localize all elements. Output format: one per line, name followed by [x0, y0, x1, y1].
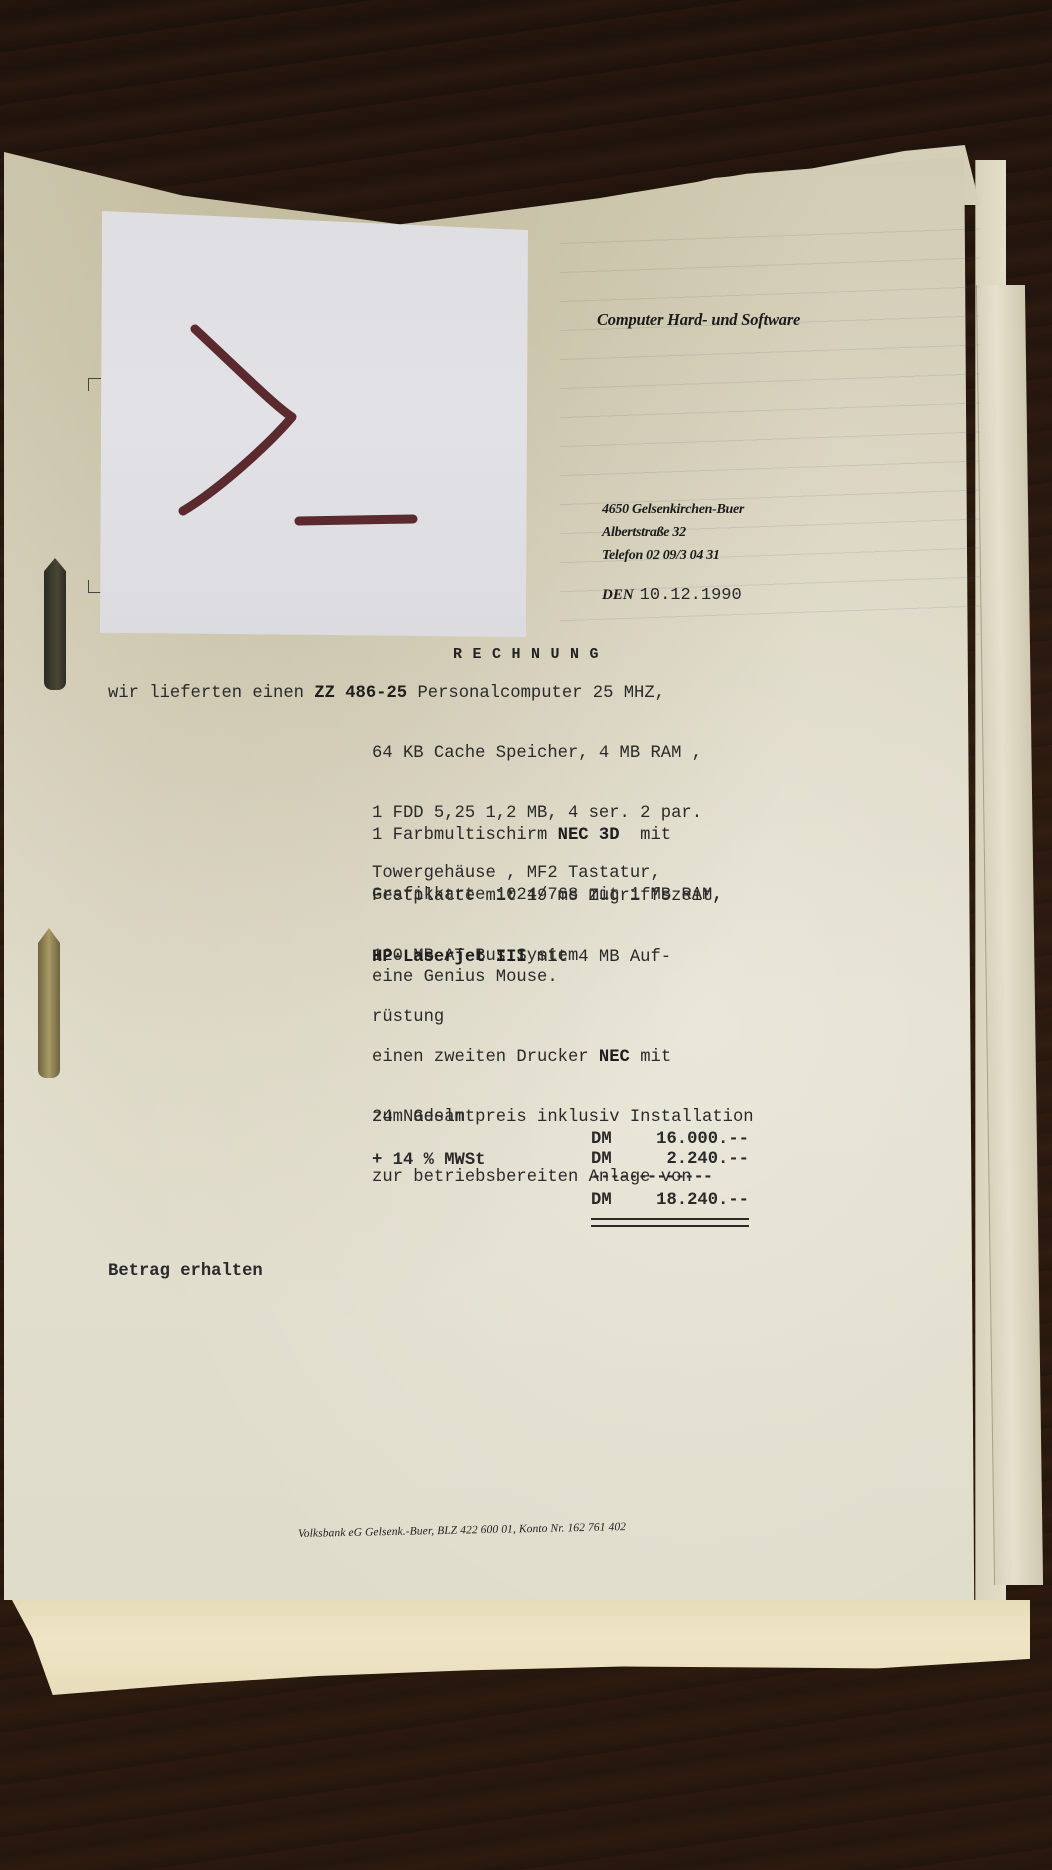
payment-received-note: Betrag erhalten	[108, 1262, 263, 1282]
date-label: DEN	[602, 587, 634, 603]
totals-block: + 14 % MWSt DM 16.000.-- DM 2.240.-- ---…	[372, 1130, 393, 1190]
binder-hole-bottom	[38, 928, 60, 1078]
total-text-line-1: zum Gesamtpreis inklusiv Installation	[372, 1108, 754, 1128]
vat-label: + 14 % MWSt	[372, 1151, 485, 1171]
address-window-mark-bottom	[88, 580, 101, 593]
gross-amount: 18.240.--	[656, 1191, 749, 1211]
binder-hole-top	[44, 558, 66, 690]
net-amount-row: DM 16.000.--	[591, 1130, 749, 1150]
subtotal-separator: -------------	[591, 1168, 749, 1188]
intro-prefix: wir lieferten einen	[108, 684, 314, 703]
printer-brand: HP-Laserjet III	[372, 948, 527, 967]
printer-suffix: mit 4 MB Auf-	[527, 948, 671, 967]
computer-model: ZZ 486-25	[314, 684, 407, 703]
spec-line: 64 KB Cache Speicher, 4 MB RAM ,	[372, 744, 702, 764]
harddisk-line-1: Festplatte mit 19 ms Zugriffszeit,	[372, 887, 723, 907]
vat-amount: 2.240.--	[666, 1150, 749, 1170]
phone-number: Telefon 02 09/3 04 31	[602, 548, 720, 564]
second-printer-suffix: mit	[630, 1048, 671, 1067]
currency-label: DM	[591, 1150, 612, 1170]
intro-suffix: Personalcomputer 25 MHZ,	[407, 684, 665, 703]
document-title: RECHNUNG	[453, 646, 609, 663]
currency-label: DM	[591, 1130, 612, 1150]
address-street: Albertstraße 32	[602, 525, 686, 541]
address-window-mark-top	[88, 378, 101, 391]
monitor-suffix: mit	[620, 826, 672, 845]
total-double-underline	[591, 1218, 749, 1227]
sticky-note	[100, 211, 528, 637]
amounts-column: DM 16.000.-- DM 2.240.-- ------------- D…	[591, 1130, 749, 1270]
net-amount: 16.000.--	[656, 1130, 749, 1150]
show-through-handwriting	[560, 215, 980, 635]
second-printer-brand: NEC	[599, 1048, 630, 1067]
intro-line: wir lieferten einen ZZ 486-25 Personalco…	[108, 684, 665, 704]
second-printer-prefix: einen zweiten Drucker	[372, 1048, 599, 1067]
company-name: Computer Hard- und Software	[597, 310, 800, 330]
invoice-date: DEN10.12.1990	[602, 586, 742, 605]
vat-amount-row: DM 2.240.--	[591, 1150, 749, 1170]
currency-label: DM	[591, 1191, 612, 1211]
monitor-brand: NEC 3D	[558, 826, 620, 845]
terminal-prompt-icon	[100, 211, 528, 637]
address-city: 4650 Gelsenkirchen-Buer	[602, 502, 744, 518]
gross-amount-row: DM 18.240.--	[591, 1191, 749, 1211]
underlying-paper-strip	[12, 1600, 1030, 1695]
monitor-prefix: 1 Farbmultischirm	[372, 826, 558, 845]
mouse-item: eine Genius Mouse.	[372, 968, 558, 988]
date-value: 10.12.1990	[640, 586, 742, 605]
